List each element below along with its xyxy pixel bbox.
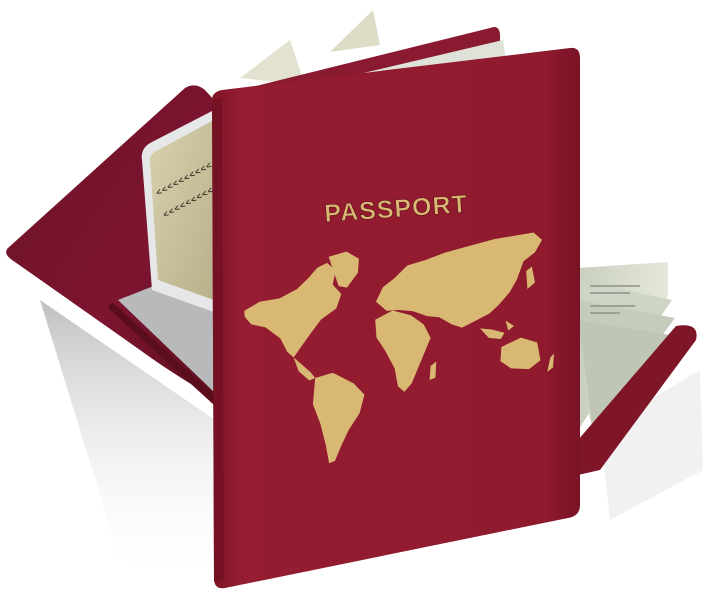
passport-cover-photo: <<<<<<<<<< <<<<<<<<< PASSPORT	[0, 0, 703, 600]
front-cover: PASSPORT	[212, 48, 580, 588]
